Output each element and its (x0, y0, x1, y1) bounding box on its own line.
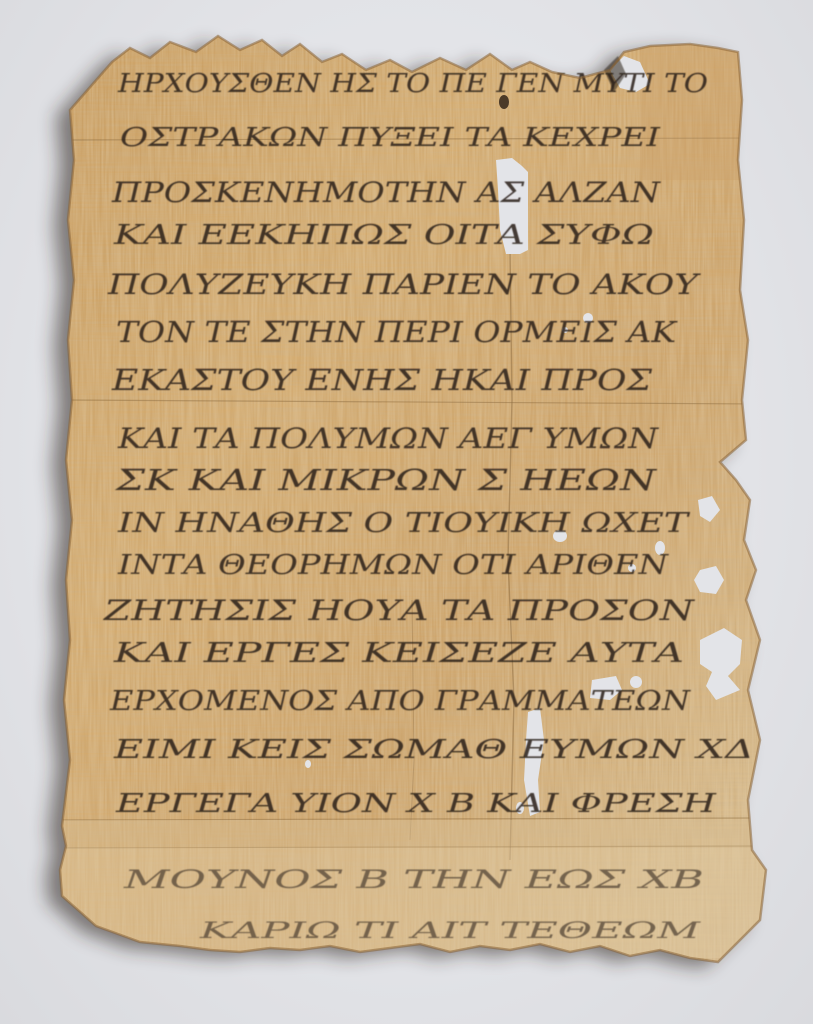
text-line-15: ΕΙΜΙ ΚΕΙΣ ΣΩΜΑΘ ΕΥΜΩΝ ΧΔ (112, 735, 754, 765)
text-line-12: ΖΗΤΗΣΙΣ ΗΟΥΑ ΤΑ ΠΡΟΣΟΝ (103, 594, 696, 627)
text-line-6: ΤΟΝ ΤΕ ΣΤΗΝ ΠΕΡΙ ΟΡΜΕΙΣ ΑΚ (116, 315, 679, 349)
text-line-9: ΣΚ ΚΑΙ ΜΙΚΡΩΝ Σ ΗΕΩΝ (115, 463, 659, 497)
papyrus-fragment: ΗΡΧΟΥΣΘΕΝ ΗΣ ΤΟ ΠΕ ΓΕΝ ΜΥΤΙ ΤΟ ΟΣΤΡΑΚΩΝ … (0, 0, 813, 1024)
text-line-2: ΟΣΤΡΑΚΩΝ ΠΥΞΕΙ ΤΑ ΚΕΧΡΕΙ (120, 123, 661, 153)
text-line-17: ΜΟΥΝΟΣ Β ΤΗΝ ΕΩΣ ΧΒ (122, 865, 704, 894)
text-line-14: ΕΡΧΟΜΕΝΟΣ ΑΠΟ ΓΡΑΜΜΑΤΕΩΝ (109, 686, 692, 717)
text-line-7: ΕΚΑΣΤΟΥ ΕΝΗΣ ΗΚΑΙ ΠΡΟΣ (111, 363, 653, 397)
text-line-1: ΗΡΧΟΥΣΘΕΝ ΗΣ ΤΟ ΠΕ ΓΕΝ ΜΥΤΙ ΤΟ (117, 69, 708, 99)
text-line-4: ΚΑΙ ΕΕΚΗΠΩΣ ΟΙΤΑ ΣΥΦΩ (113, 220, 654, 251)
text-line-11: ΙΝΤΑ ΘΕΟΡΗΜΩΝ ΟΤΙ ΑΡΙΘΕΝ (117, 550, 670, 581)
text-line-3: ΠΡΟΣΚΕΝΗΜΟΤΗΝ ΑΣ ΑΛΖΑΝ (111, 176, 662, 209)
photo-stage: ΗΡΧΟΥΣΘΕΝ ΗΣ ΤΟ ΠΕ ΓΕΝ ΜΥΤΙ ΤΟ ΟΣΤΡΑΚΩΝ … (0, 0, 813, 1024)
text-line-18: ΚΑΡΙΩ ΤΙ ΑΙΤ ΤΕΘΕΩΜ (198, 919, 701, 944)
text-line-8: ΚΑΙ ΤΑ ΠΟΛΥΜΩΝ ΑΕΓ ΥΜΩΝ (117, 422, 660, 455)
text-line-13: ΚΑΙ ΕΡΓΕΣ ΚΕΙΣΕΖΕ ΑΥΤΑ (112, 638, 684, 669)
text-line-10: ΙΝ ΗΝΑΘΗΣ Ο ΤΙΟΥΙΚΗ ΩΧΕΤ (117, 508, 691, 539)
text-line-5: ΠΟΛΥΖΕΥΚΗ ΠΑΡΙΕΝ ΤΟ ΑΚΟΥ (107, 268, 701, 301)
text-line-16: ΕΡΓΕΓΑ ΥΙΟΝ Χ Β ΚΑΙ ΦΡΕΣΗ (115, 789, 718, 819)
